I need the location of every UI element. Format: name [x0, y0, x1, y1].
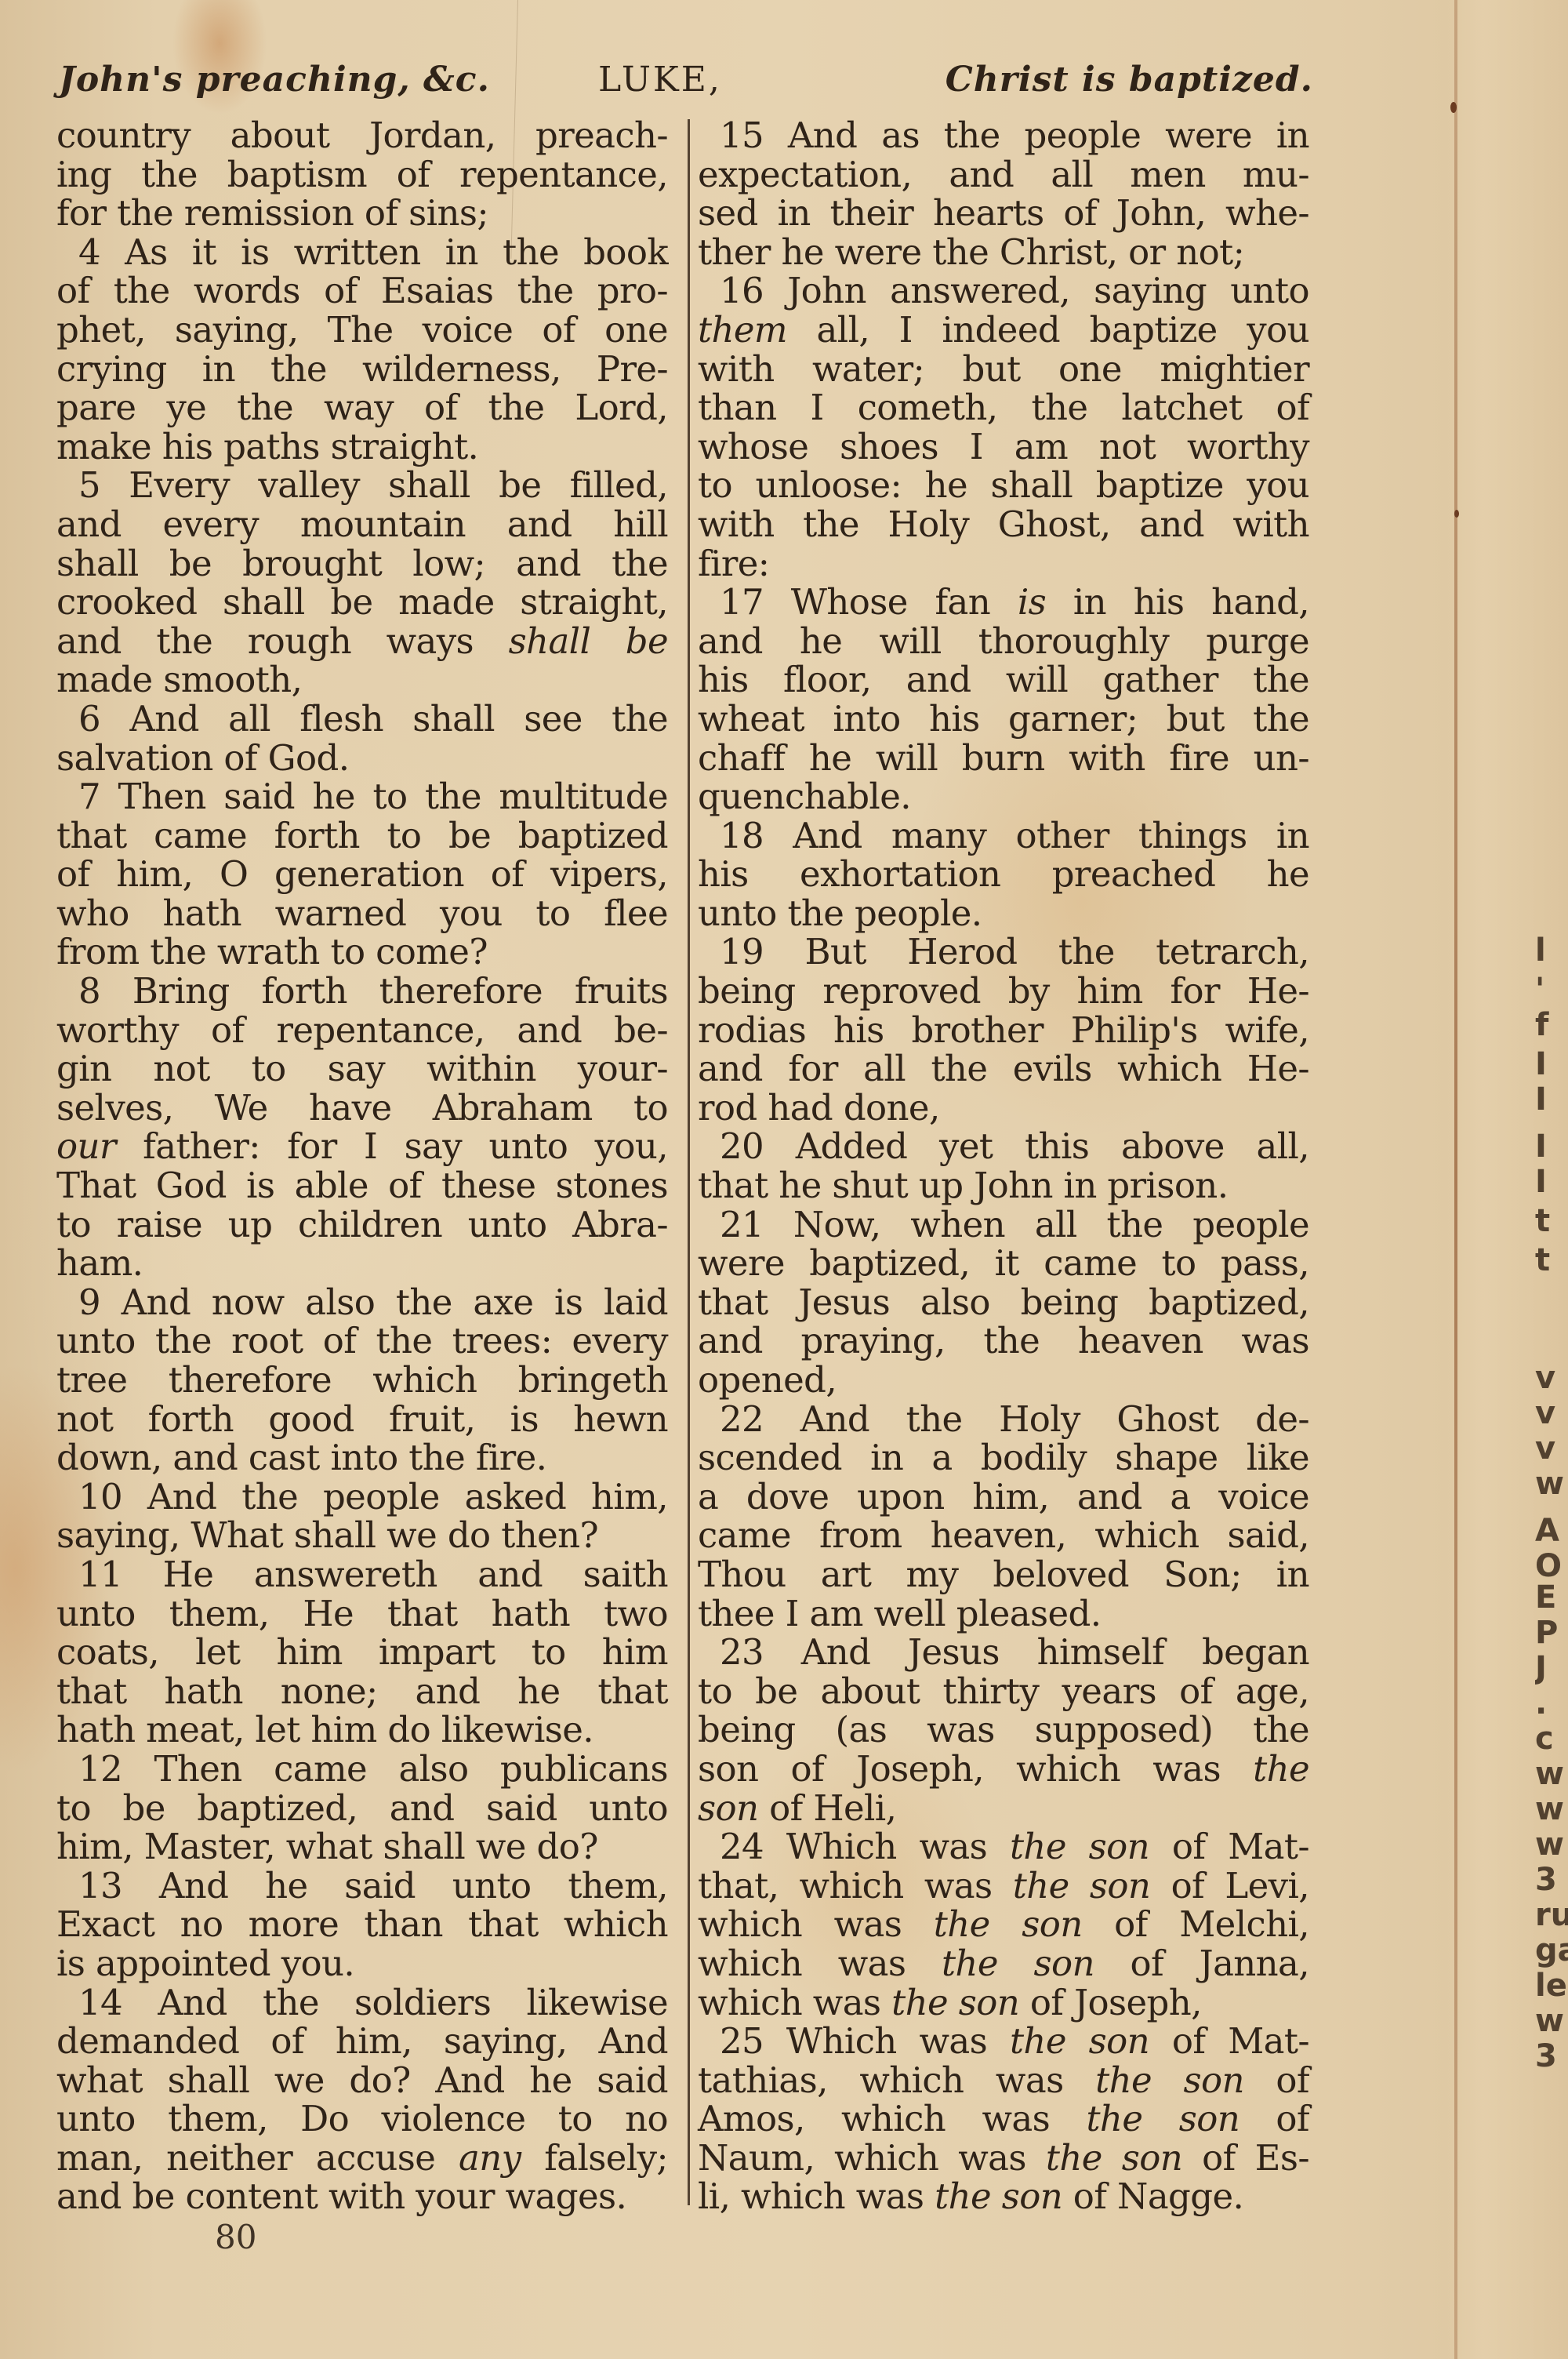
- right-text-line: thee I am well pleased.: [698, 1594, 1309, 1634]
- right-text-line: them all, I indeed baptize you: [698, 311, 1309, 350]
- bleed-glyph: O: [1535, 1549, 1562, 1583]
- right-text-line: 15 And as the people were in: [698, 116, 1309, 155]
- left-text-line: who hath warned you to flee: [56, 894, 668, 933]
- right-text-line: that he shut up John in prison.: [698, 1166, 1309, 1205]
- right-text-line: and he will thoroughly purge: [698, 622, 1309, 661]
- bleed-glyph: l: [1535, 933, 1546, 968]
- bleed-glyph: w: [1535, 1757, 1564, 1791]
- left-text-line: 4 As it is written in the book: [56, 233, 668, 272]
- bleed-glyph: ga: [1535, 1933, 1568, 1968]
- right-text-line: 20 Added yet this above all,: [698, 1127, 1309, 1166]
- right-text-line: 19 But Herod the tetrarch,: [698, 932, 1309, 972]
- left-text-line: 5 Every valley shall be filled,: [56, 466, 668, 505]
- right-text-line: 24 Which was the son of Mat-: [698, 1827, 1309, 1866]
- right-text-line: and for all the evils which He-: [698, 1049, 1309, 1089]
- bleed-glyph: J: [1535, 1651, 1547, 1685]
- right-text-line: chaff he will burn with fire un-: [698, 739, 1309, 778]
- left-text-line: 12 Then came also publicans: [56, 1750, 668, 1789]
- right-text-column: 15 And as the people were inexpectation,…: [698, 116, 1309, 2216]
- left-text-line: to be baptized, and said unto: [56, 1789, 668, 1828]
- left-text-line: unto the root of the trees: every: [56, 1321, 668, 1361]
- bleed-glyph: I: [1535, 1165, 1547, 1199]
- left-text-line: That God is able of these stones: [56, 1166, 668, 1205]
- left-text-line: and every mountain and hill: [56, 505, 668, 544]
- right-text-line: 22 And the Holy Ghost de-: [698, 1400, 1309, 1439]
- running-head: John's preaching, &c. LUKE, Christ is ba…: [59, 56, 1313, 104]
- right-text-line: being (as was supposed) the: [698, 1710, 1309, 1750]
- right-text-line: came from heaven, which said,: [698, 1516, 1309, 1555]
- bleed-glyph: v: [1535, 1361, 1555, 1395]
- running-head-book-title: LUKE,: [598, 56, 722, 104]
- right-text-line: which was the son of Joseph,: [698, 1983, 1309, 2023]
- bleed-glyph: P: [1535, 1616, 1558, 1650]
- bleed-glyph: E: [1535, 1580, 1556, 1615]
- right-text-line: Amos, which was the son of: [698, 2099, 1309, 2139]
- left-text-line: not forth good fruit, is hewn: [56, 1400, 668, 1439]
- right-text-line: 25 Which was the son of Mat-: [698, 2022, 1309, 2061]
- bleed-glyph: I: [1535, 1082, 1547, 1117]
- right-text-line: which was the son of Melchi,: [698, 1905, 1309, 1944]
- bleed-glyph: w: [1535, 1827, 1564, 1862]
- left-text-line: for the remission of sins;: [56, 194, 668, 233]
- right-text-line: li, which was the son of Nagge.: [698, 2177, 1309, 2216]
- left-text-line: and the rough ways shall be: [56, 622, 668, 661]
- bleed-glyph: t: [1535, 1204, 1550, 1238]
- left-text-line: crooked shall be made straight,: [56, 583, 668, 622]
- left-text-line: of the words of Esaias the pro-: [56, 271, 668, 311]
- right-text-line: scended in a bodily shape like: [698, 1438, 1309, 1478]
- left-text-line: our father: for I say unto you,: [56, 1127, 668, 1166]
- left-text-line: from the wrath to come?: [56, 932, 668, 972]
- right-text-line: wheat into his garner; but the: [698, 700, 1309, 739]
- right-text-line: ther he were the Christ, or not;: [698, 233, 1309, 272]
- left-text-line: 10 And the people asked him,: [56, 1478, 668, 1517]
- right-text-line: rodias his brother Philip's wife,: [698, 1011, 1309, 1050]
- page-number: 80: [215, 2218, 256, 2257]
- right-text-line: a dove upon him, and a voice: [698, 1478, 1309, 1517]
- right-text-line: quenchable.: [698, 777, 1309, 816]
- left-text-line: ham.: [56, 1244, 668, 1283]
- left-text-column: country about Jordan, preach-ing the bap…: [56, 116, 668, 2216]
- bleed-glyph: ': [1535, 972, 1544, 1007]
- bleed-glyph: v: [1535, 1396, 1555, 1430]
- left-text-line: Exact no more than that which: [56, 1905, 668, 1944]
- left-text-line: what shall we do? And he said: [56, 2061, 668, 2100]
- bleed-glyph: f: [1535, 1008, 1548, 1042]
- right-text-line: that Jesus also being baptized,: [698, 1283, 1309, 1322]
- right-text-line: were baptized, it came to pass,: [698, 1244, 1309, 1283]
- left-text-line: is appointed you.: [56, 1944, 668, 1983]
- bleed-glyph: I: [1535, 1129, 1547, 1164]
- left-text-line: hath meat, let him do likewise.: [56, 1710, 668, 1750]
- bleed-glyph: t: [1535, 1243, 1550, 1278]
- left-text-line: made smooth,: [56, 660, 668, 700]
- paper-speck: [1450, 102, 1457, 113]
- bleed-glyph: ru: [1535, 1898, 1568, 1932]
- left-text-line: ing the baptism of repentance,: [56, 155, 668, 194]
- right-text-line: Naum, which was the son of Es-: [698, 2139, 1309, 2178]
- right-text-line: and praying, the heaven was: [698, 1321, 1309, 1361]
- left-text-line: coats, let him impart to him: [56, 1633, 668, 1672]
- left-text-line: man, neither accuse any falsely;: [56, 2139, 668, 2178]
- left-text-line: him, Master, what shall we do?: [56, 1827, 668, 1866]
- right-text-line: tathias, which was the son of: [698, 2061, 1309, 2100]
- left-text-line: 7 Then said he to the multitude: [56, 777, 668, 816]
- right-text-line: his exhortation preached he: [698, 855, 1309, 894]
- right-text-line: to unloose: he shall baptize you: [698, 466, 1309, 505]
- right-text-line: son of Joseph, which was the: [698, 1750, 1309, 1789]
- left-text-line: demanded of him, saying, And: [56, 2022, 668, 2061]
- column-divider-rule: [688, 119, 690, 2205]
- bleed-glyph: A: [1535, 1514, 1559, 1548]
- right-text-line: his floor, and will gather the: [698, 660, 1309, 700]
- bleed-glyph: .: [1535, 1686, 1547, 1721]
- right-text-line: unto the people.: [698, 894, 1309, 933]
- left-text-line: 11 He answereth and saith: [56, 1555, 668, 1594]
- left-text-line: that came forth to be baptized: [56, 816, 668, 856]
- right-text-line: 18 And many other things in: [698, 816, 1309, 856]
- right-text-line: rod had done,: [698, 1089, 1309, 1128]
- right-text-line: than I cometh, the latchet of: [698, 388, 1309, 427]
- right-text-line: fire:: [698, 544, 1309, 583]
- left-text-line: 6 And all flesh shall see the: [56, 700, 668, 739]
- right-text-line: whose shoes I am not worthy: [698, 427, 1309, 467]
- bleed-glyph: I: [1535, 1047, 1547, 1081]
- left-text-line: selves, We have Abraham to: [56, 1089, 668, 1128]
- left-text-line: shall be brought low; and the: [56, 544, 668, 583]
- right-text-line: sed in their hearts of John, whe-: [698, 194, 1309, 233]
- right-text-line: with water; but one mightier: [698, 350, 1309, 389]
- left-text-line: of him, O generation of vipers,: [56, 855, 668, 894]
- left-text-line: 14 And the soldiers likewise: [56, 1983, 668, 2023]
- left-text-line: phet, saying, The voice of one: [56, 311, 668, 350]
- left-text-line: make his paths straight.: [56, 427, 668, 467]
- paper-speck: [1454, 510, 1459, 518]
- bleed-glyph: w: [1535, 1792, 1564, 1826]
- bleed-glyph: 3: [1535, 1863, 1557, 1897]
- bleed-glyph: 3: [1535, 2039, 1557, 2074]
- left-text-line: crying in the wilderness, Pre-: [56, 350, 668, 389]
- bleed-glyph: c: [1535, 1721, 1554, 1756]
- left-text-line: to raise up children unto Abra-: [56, 1205, 668, 1245]
- left-text-line: that hath none; and he that: [56, 1672, 668, 1711]
- right-text-line: son of Heli,: [698, 1789, 1309, 1828]
- right-text-line: expectation, and all men mu-: [698, 155, 1309, 194]
- right-text-line: which was the son of Janna,: [698, 1944, 1309, 1983]
- gutter-fold-line: [1454, 0, 1457, 2359]
- left-text-line: salvation of God.: [56, 739, 668, 778]
- right-text-line: to be about thirty years of age,: [698, 1672, 1309, 1711]
- left-text-line: saying, What shall we do then?: [56, 1516, 668, 1555]
- facing-page-bleed-through: l'fIIIIttvvvwAOEPJ.cwww3rugalew3: [1535, 0, 1568, 2359]
- running-head-right: Christ is baptized.: [946, 56, 1313, 104]
- right-text-line: opened,: [698, 1361, 1309, 1400]
- left-text-line: unto them, He that hath two: [56, 1594, 668, 1634]
- left-text-line: 13 And he said unto them,: [56, 1866, 668, 1906]
- left-text-line: and be content with your wages.: [56, 2177, 668, 2216]
- right-text-line: Thou art my beloved Son; in: [698, 1555, 1309, 1594]
- right-text-line: 17 Whose fan is in his hand,: [698, 583, 1309, 622]
- left-text-line: unto them, Do violence to no: [56, 2099, 668, 2139]
- left-text-line: tree therefore which bringeth: [56, 1361, 668, 1400]
- bleed-glyph: w: [1535, 1467, 1564, 1501]
- bleed-glyph: w: [1535, 2004, 1564, 2038]
- right-text-line: being reproved by him for He-: [698, 972, 1309, 1011]
- left-text-line: pare ye the way of the Lord,: [56, 388, 668, 427]
- left-text-line: 9 And now also the axe is laid: [56, 1283, 668, 1322]
- bleed-glyph: v: [1535, 1431, 1555, 1466]
- right-text-line: 23 And Jesus himself began: [698, 1633, 1309, 1672]
- left-text-line: gin not to say within your-: [56, 1049, 668, 1089]
- left-text-line: down, and cast into the fire.: [56, 1438, 668, 1478]
- left-text-line: 8 Bring forth therefore fruits: [56, 972, 668, 1011]
- right-text-line: 16 John answered, saying unto: [698, 271, 1309, 311]
- left-text-line: worthy of repentance, and be-: [56, 1011, 668, 1050]
- bleed-glyph: le: [1535, 1968, 1567, 2003]
- right-text-line: 21 Now, when all the people: [698, 1205, 1309, 1245]
- left-text-line: country about Jordan, preach-: [56, 116, 668, 155]
- running-head-left: John's preaching, &c.: [59, 56, 490, 104]
- right-text-line: with the Holy Ghost, and with: [698, 505, 1309, 544]
- right-text-line: that, which was the son of Levi,: [698, 1866, 1309, 1906]
